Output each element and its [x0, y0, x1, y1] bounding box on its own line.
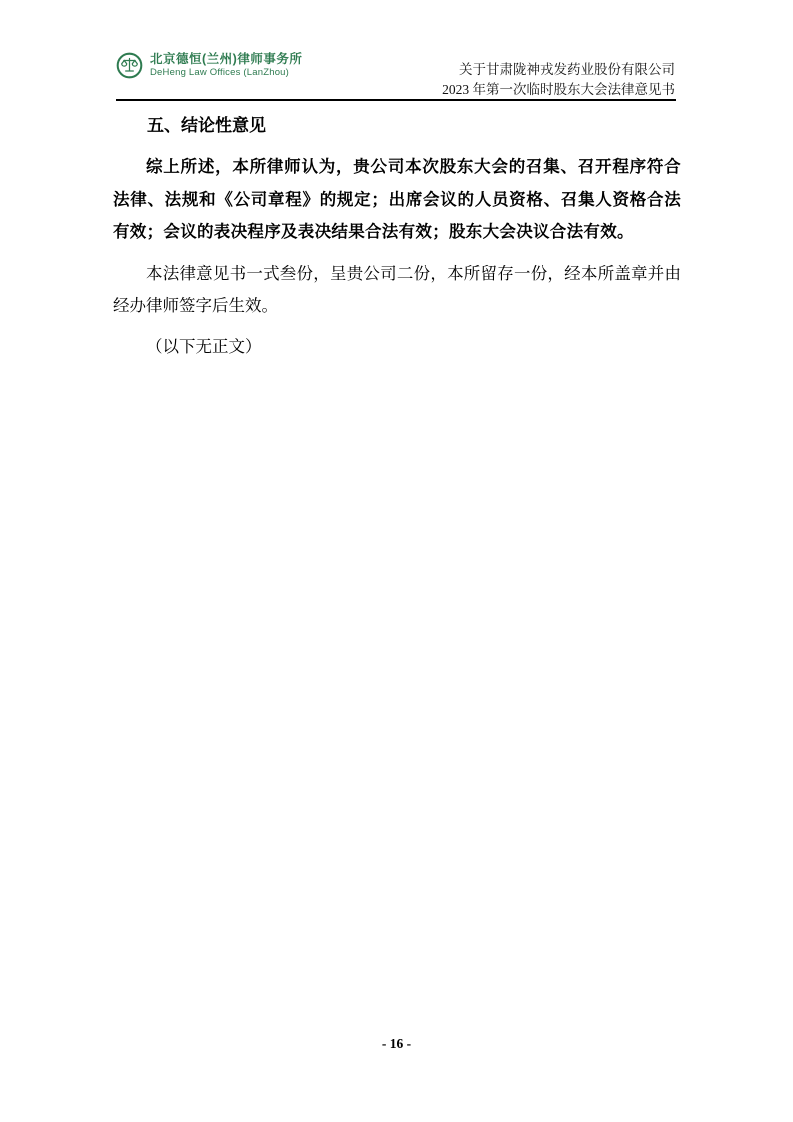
- document-page: 北京德恒(兰州)律师事务所 DeHeng Law Offices (LanZho…: [0, 0, 793, 1122]
- copies-paragraph: 本法律意见书一式叁份，呈贵公司二份，本所留存一份，经本所盖章并由经办律师签字后生…: [113, 258, 681, 323]
- section-heading: 五、结论性意见: [113, 115, 681, 137]
- conclusion-paragraph: 综上所述，本所律师认为，贵公司本次股东大会的召集、召开程序符合法律、法规和《公司…: [113, 151, 681, 249]
- page-number: - 16 -: [0, 1036, 793, 1052]
- document-body: 五、结论性意见 综上所述，本所律师认为，贵公司本次股东大会的召集、召开程序符合法…: [113, 0, 681, 363]
- end-note: （以下无正文）: [113, 331, 681, 364]
